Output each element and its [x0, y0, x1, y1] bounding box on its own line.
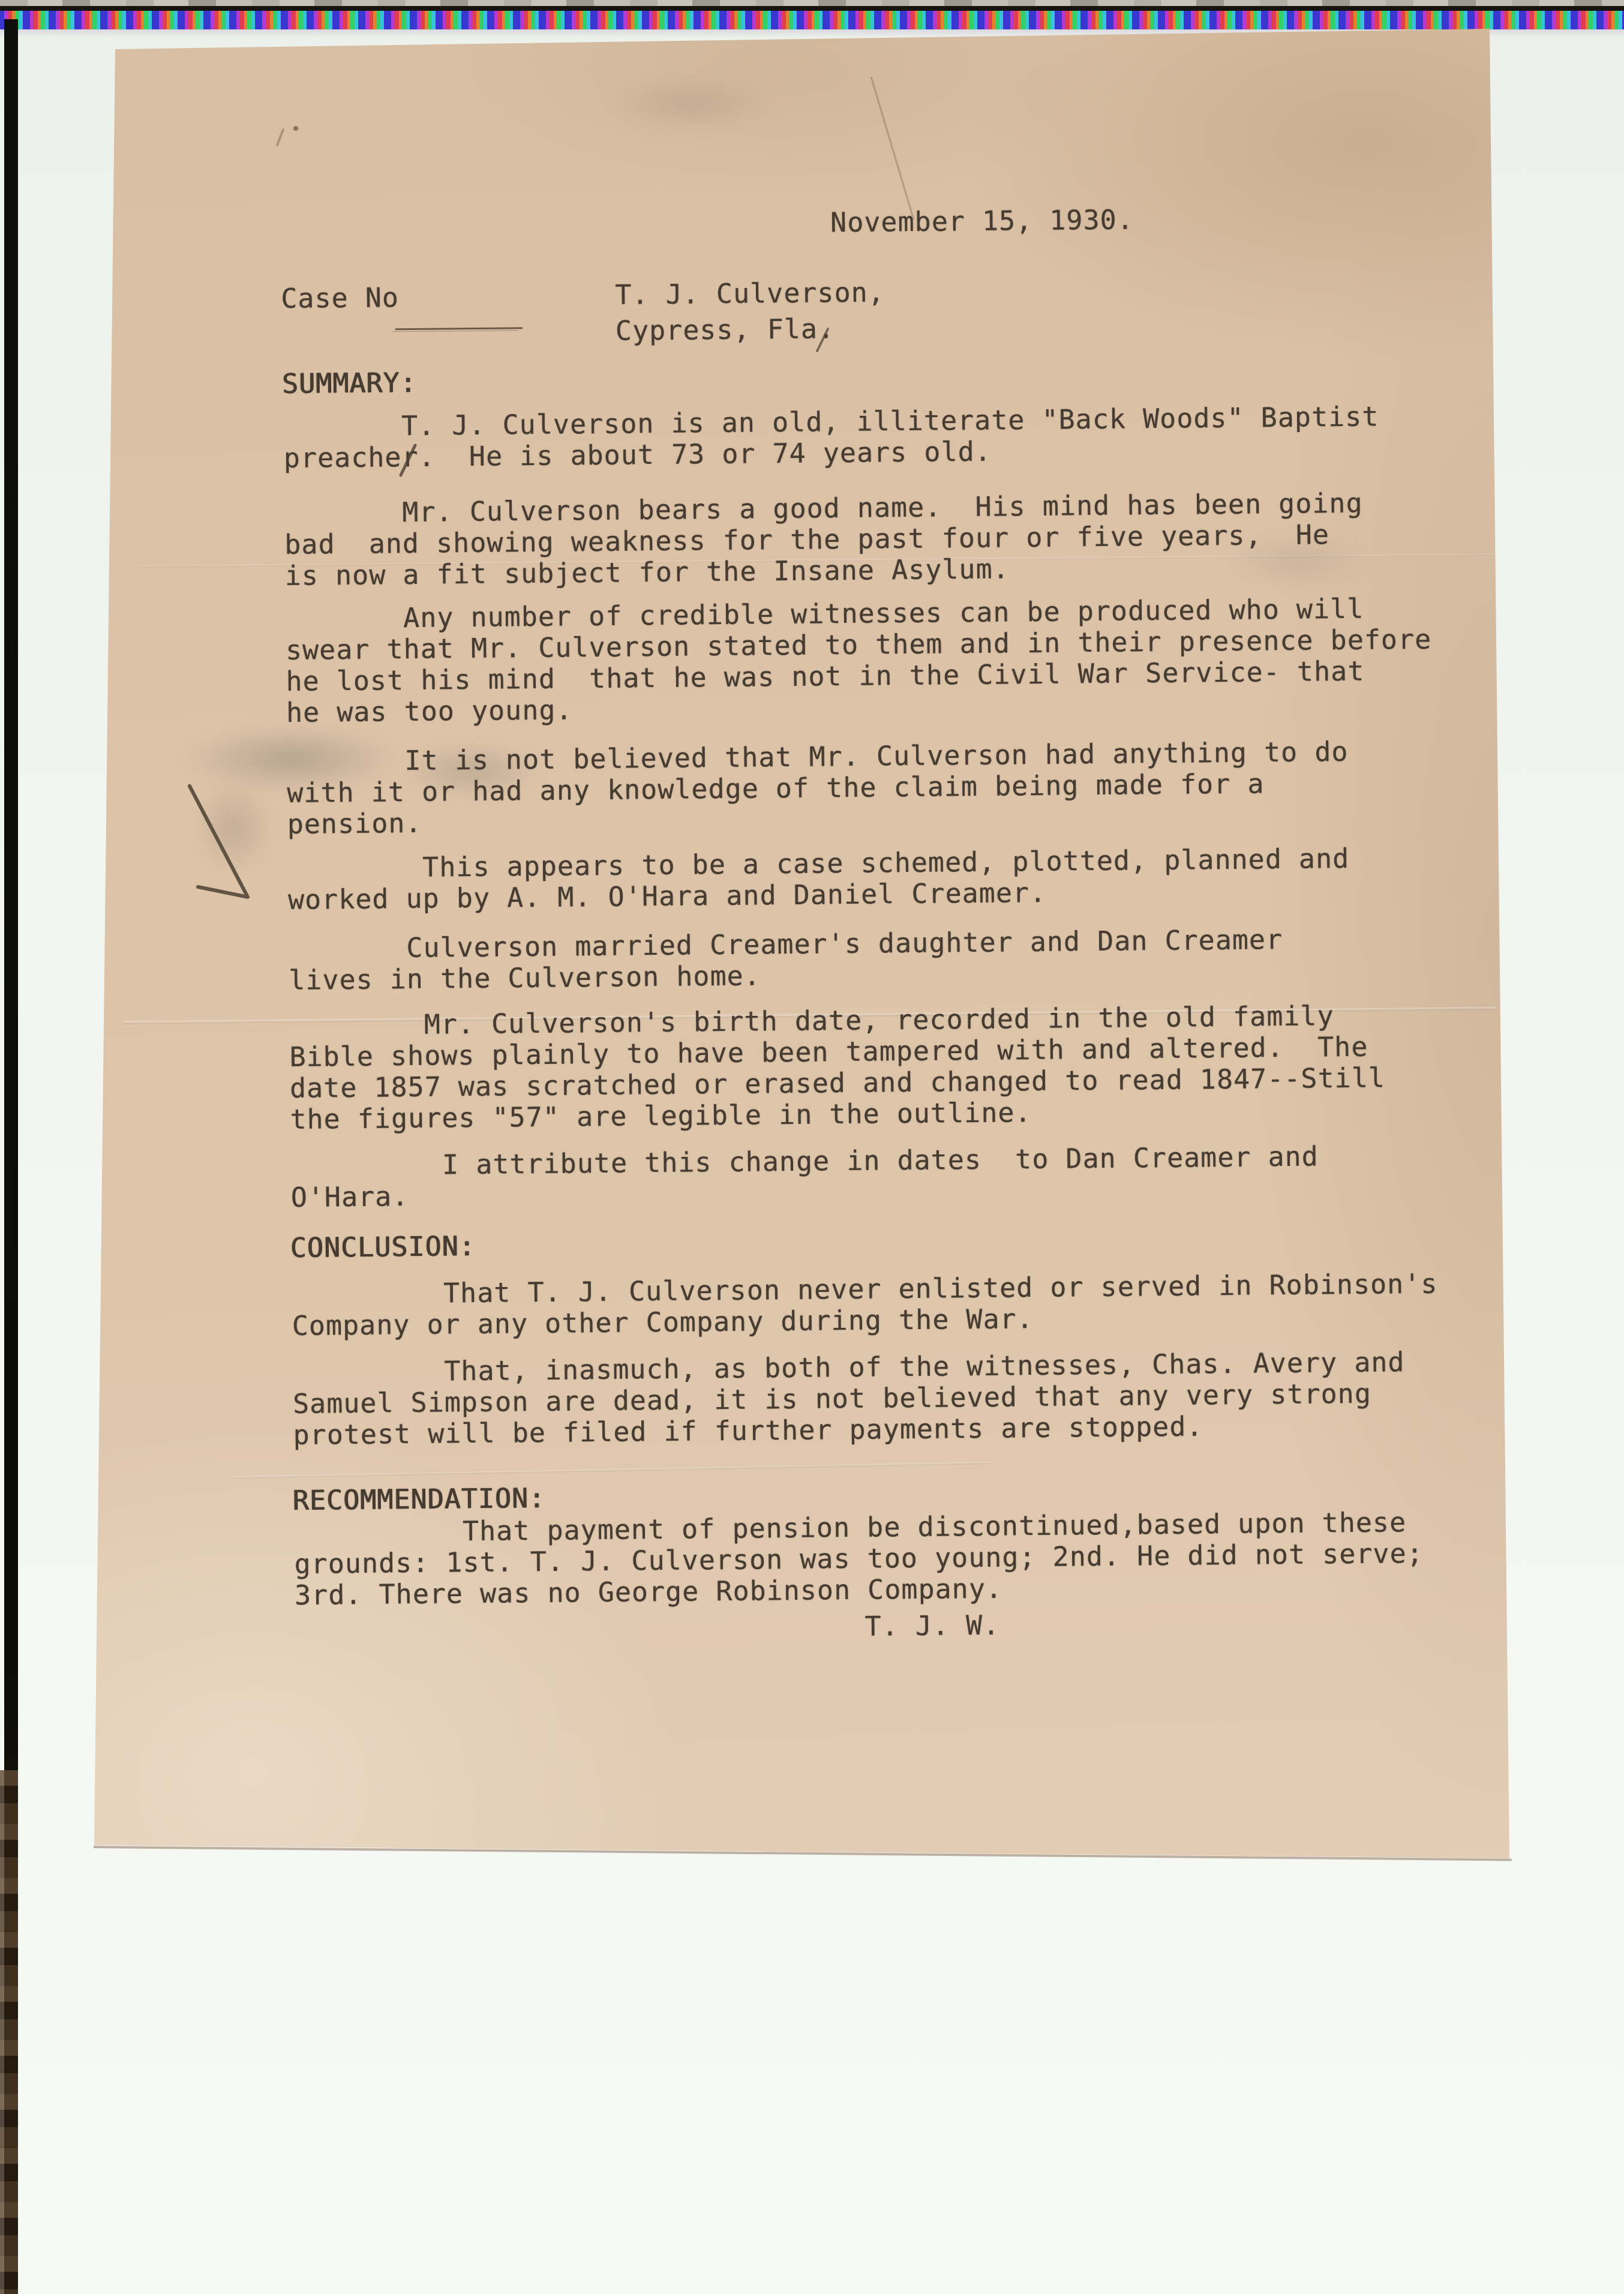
scanned-letter-page: November 15, 1930. Case No T. J. Culvers… [0, 0, 1624, 2294]
case-number-blank-underline [395, 327, 523, 330]
date-line: November 15, 1930. [830, 204, 1134, 238]
summary-paragraph-8: I attribute this change in dates to Dan … [290, 1141, 1319, 1213]
case-number-label: Case No [281, 282, 399, 314]
conclusion-heading: CONCLUSION: [290, 1231, 476, 1264]
summary-paragraph-2: Mr. Culverson bears a good name. His min… [284, 488, 1364, 592]
recommendation-paragraph-1: That payment of pension be discontinued,… [294, 1507, 1424, 1611]
summary-paragraph-7: Mr. Culverson's birth date, recorded in … [289, 1000, 1386, 1135]
signature-initials: T. J. W. [864, 1610, 999, 1642]
letter-text-layer: November 15, 1930. Case No T. J. Culvers… [0, 0, 1624, 2294]
summary-paragraph-3: Any number of credible witnesses can be … [285, 593, 1432, 728]
summary-paragraph-5: This appears to be a case schemed, plott… [287, 843, 1350, 916]
addressee-block: T. J. Culverson, Cypress, Fla. [615, 274, 885, 349]
conclusion-paragraph-2: That, inasmuch, as both of the witnesses… [292, 1347, 1406, 1451]
summary-heading: SUMMARY: [281, 367, 416, 400]
summary-paragraph-4: It is not believed that Mr. Culverson ha… [287, 736, 1349, 840]
recommendation-heading: RECOMMENDATION: [292, 1483, 545, 1516]
conclusion-paragraph-1: That T. J. Culverson never enlisted or s… [292, 1269, 1438, 1342]
summary-paragraph-6: Culverson married Creamer's daughter and… [289, 924, 1283, 996]
summary-paragraph-1: T. J. Culverson is an old, illiterate "B… [283, 401, 1379, 475]
